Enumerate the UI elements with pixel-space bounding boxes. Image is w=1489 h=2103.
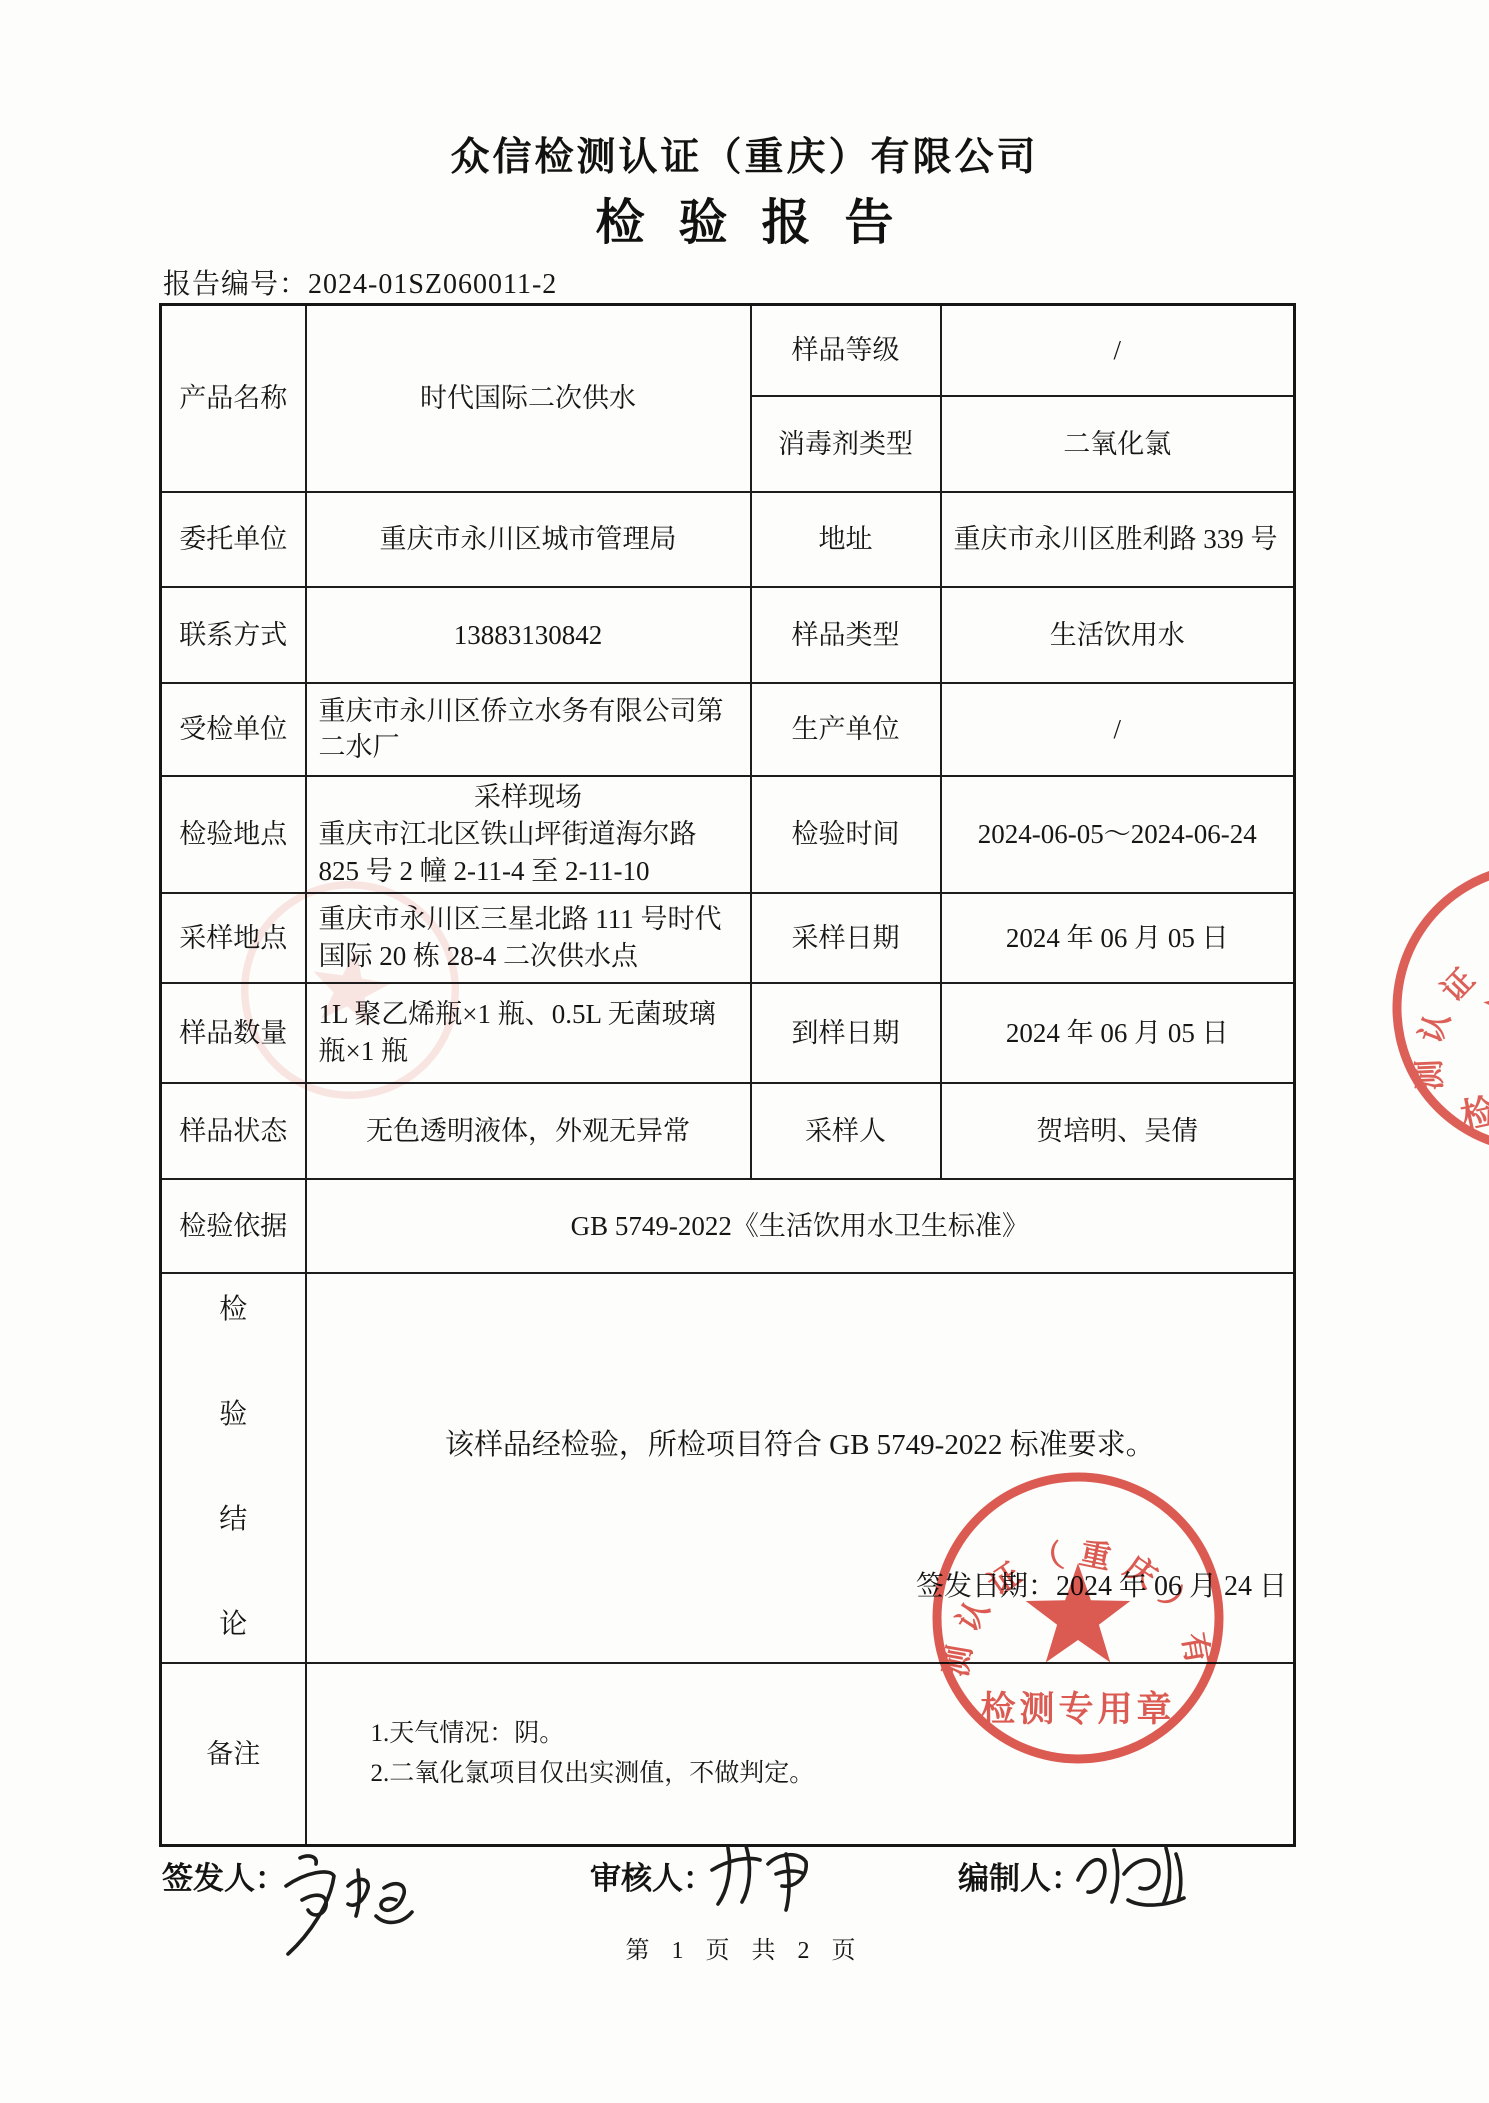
inspection-time-label: 检验时间 — [751, 776, 941, 893]
contact-label: 联系方式 — [161, 587, 306, 683]
inspection-basis-value: GB 5749-2022《生活饮用水卫生标准》 — [306, 1179, 1295, 1273]
issuer-label: 签发人： — [162, 1853, 286, 1898]
inspection-place-site: 采样现场 — [319, 779, 738, 816]
remarks-label: 备注 — [161, 1663, 306, 1846]
sample-type-label: 样品类型 — [751, 587, 941, 683]
report-number-label: 报告编号： — [163, 269, 308, 300]
report-number-line: 报告编号：2024-01SZ060011-2 — [163, 262, 557, 302]
conclusion-label: 检 验 结 论 — [161, 1273, 306, 1663]
reviewer-signature — [706, 1840, 821, 1920]
arrival-date-label: 到样日期 — [751, 983, 941, 1083]
sampling-date-label: 采样日期 — [751, 893, 941, 983]
conclusion-cell: 该样品经检验，所检项目符合 GB 5749-2022 标准要求。 签发日期：20… — [306, 1273, 1295, 1663]
address-value: 重庆市永川区胜利路 339 号 — [941, 492, 1295, 587]
preparer-label: 编制人： — [958, 1853, 1082, 1898]
page-number-footer: 第 1 页 共 2 页 — [0, 1930, 1489, 1965]
inspected-unit-value: 重庆市永川区侨立水务有限公司第二水厂 — [306, 683, 751, 776]
preparer-signature — [1072, 1840, 1202, 1915]
inspection-place-label: 检验地点 — [161, 776, 306, 893]
sampler-value: 贺培明、吴倩 — [941, 1083, 1295, 1179]
producer-label: 生产单位 — [751, 683, 941, 776]
remark-line-1: 1.天气情况：阴。 — [371, 1714, 1282, 1754]
producer-value: / — [941, 683, 1295, 776]
seal-star-icon — [1475, 943, 1489, 1062]
remarks-cell: 1.天气情况：阴。 2.二氧化氯项目仅出实测值，不做判定。 — [306, 1663, 1295, 1846]
inspection-info-table: 产品名称 时代国际二次供水 样品等级 / 消毒剂类型 二氧化氯 委托单位 重庆市… — [159, 303, 1296, 1847]
sample-quantity-label: 样品数量 — [161, 983, 306, 1083]
report-title: 检验报告 — [0, 184, 1489, 254]
arrival-date-value: 2024 年 06 月 05 日 — [941, 983, 1295, 1083]
conclusion-issue-date: 签发日期：2024 年 06 月 24 日 — [916, 1569, 1287, 1605]
client-value: 重庆市永川区城市管理局 — [306, 492, 751, 587]
disinfectant-type-label: 消毒剂类型 — [751, 396, 941, 492]
sampler-label: 采样人 — [751, 1083, 941, 1179]
inspected-unit-label: 受检单位 — [161, 683, 306, 776]
seal-bottom-text: 检测专用章 — [1457, 1057, 1489, 1137]
sample-status-value: 无色透明液体，外观无异常 — [306, 1083, 751, 1179]
sampling-date-value: 2024 年 06 月 05 日 — [941, 893, 1295, 983]
inspection-place-value: 采样现场 重庆市江北区铁山坪街道海尔路 825 号 2 幢 2-11-4 至 2… — [306, 776, 751, 893]
product-name-label: 产品名称 — [161, 305, 306, 492]
address-label: 地址 — [751, 492, 941, 587]
sample-type-value: 生活饮用水 — [941, 587, 1295, 683]
inspection-place-address: 重庆市江北区铁山坪街道海尔路 825 号 2 幢 2-11-4 至 2-11-1… — [319, 816, 738, 890]
contact-value: 13883130842 — [306, 587, 751, 683]
sampling-place-label: 采样地点 — [161, 893, 306, 983]
seal-ring — [1371, 841, 1489, 1175]
company-name-title: 众信检测认证（重庆）有限公司 — [0, 126, 1489, 182]
sample-quantity-value: 1L 聚乙烯瓶×1 瓶、0.5L 无菌玻璃瓶×1 瓶 — [306, 983, 751, 1083]
disinfectant-type-value: 二氧化氯 — [941, 396, 1295, 492]
inspection-basis-label: 检验依据 — [161, 1179, 306, 1273]
reviewer-label: 审核人： — [590, 1853, 714, 1898]
seal-ring-text: 众信检测认证（重庆）有限公司 — [1360, 830, 1489, 1104]
inspection-time-value: 2024-06-05～2024-06-24 — [941, 776, 1295, 893]
product-name-value: 时代国际二次供水 — [306, 305, 751, 492]
sample-status-label: 样品状态 — [161, 1083, 306, 1179]
company-seal-right-edge: 众信检测认证（重庆）有限公司 检测专用章 — [1360, 830, 1489, 1186]
report-number-value: 2024-01SZ060011-2 — [308, 269, 557, 300]
conclusion-text: 该样品经检验，所检项目符合 GB 5749-2022 标准要求。 — [307, 1427, 1294, 1463]
client-label: 委托单位 — [161, 492, 306, 587]
sample-grade-value: / — [941, 305, 1295, 396]
remark-line-2: 2.二氧化氯项目仅出实测值，不做判定。 — [371, 1754, 1282, 1794]
sampling-place-value: 重庆市永川区三星北路 111 号时代国际 20 栋 28-4 二次供水点 — [306, 893, 751, 983]
sample-grade-label: 样品等级 — [751, 305, 941, 396]
svg-text:众信检测认证（重庆）有限公司: 众信检测认证（重庆）有限公司 — [1360, 830, 1489, 1104]
inspection-report-page: { "page": { "company_name": "众信检测认证（重庆）有… — [0, 0, 1489, 2103]
